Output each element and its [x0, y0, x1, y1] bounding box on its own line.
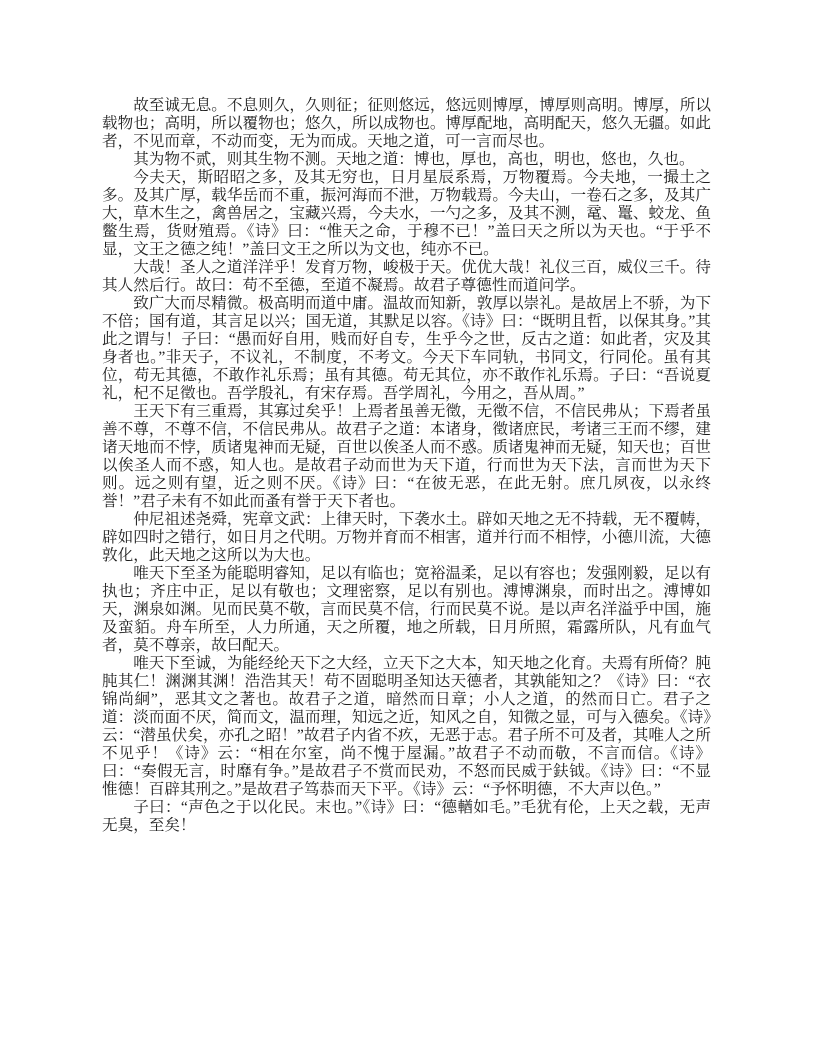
paragraph: 故至诚无息。不息则久，久则征；征则悠远，悠远则博厚，博厚则高明。博厚，所以载物也… [102, 97, 711, 151]
paragraph: 大哉！圣人之道洋洋乎！发育万物，峻极于天。优优大哉！礼仪三百，威仪三千。待其人然… [102, 259, 711, 295]
paragraph: 致广大而尽精微。极高明而道中庸。温故而知新，敦厚以崇礼。是故居上不骄，为下不倍；… [102, 295, 711, 403]
paragraph: 子曰：“声色之于以化民。末也。”《诗》曰：“德輶如毛。”毛犹有伦，上天之载，无声… [102, 799, 711, 835]
paragraph: 其为物不贰，则其生物不测。天地之道：博也，厚也，高也，明也，悠也，久也。 [102, 151, 711, 169]
paragraph: 仲尼祖述尧舜，宪章文武：上律天时，下袭水土。辟如天地之无不持载，无不覆帱，辟如四… [102, 511, 711, 565]
paragraph: 唯天下至圣为能聪明睿知，足以有临也；宽裕温柔，足以有容也；发强刚毅，足以有执也；… [102, 565, 711, 655]
paragraph: 王天下有三重焉，其寡过矣乎！上焉者虽善无徵，无徵不信，不信民弗从；下焉者虽善不尊… [102, 403, 711, 511]
paragraph: 唯天下至诚，为能经纶天下之大经，立天下之大本，知天地之化育。夫焉有所倚？肫肫其仁… [102, 655, 711, 799]
paragraph: 今夫天，斯昭昭之多，及其无穷也，日月星辰系焉，万物覆焉。今夫地，一撮土之多。及其… [102, 169, 711, 259]
document-page: 故至诚无息。不息则久，久则征；征则悠远，悠远则博厚，博厚则高明。博厚，所以载物也… [102, 97, 711, 835]
